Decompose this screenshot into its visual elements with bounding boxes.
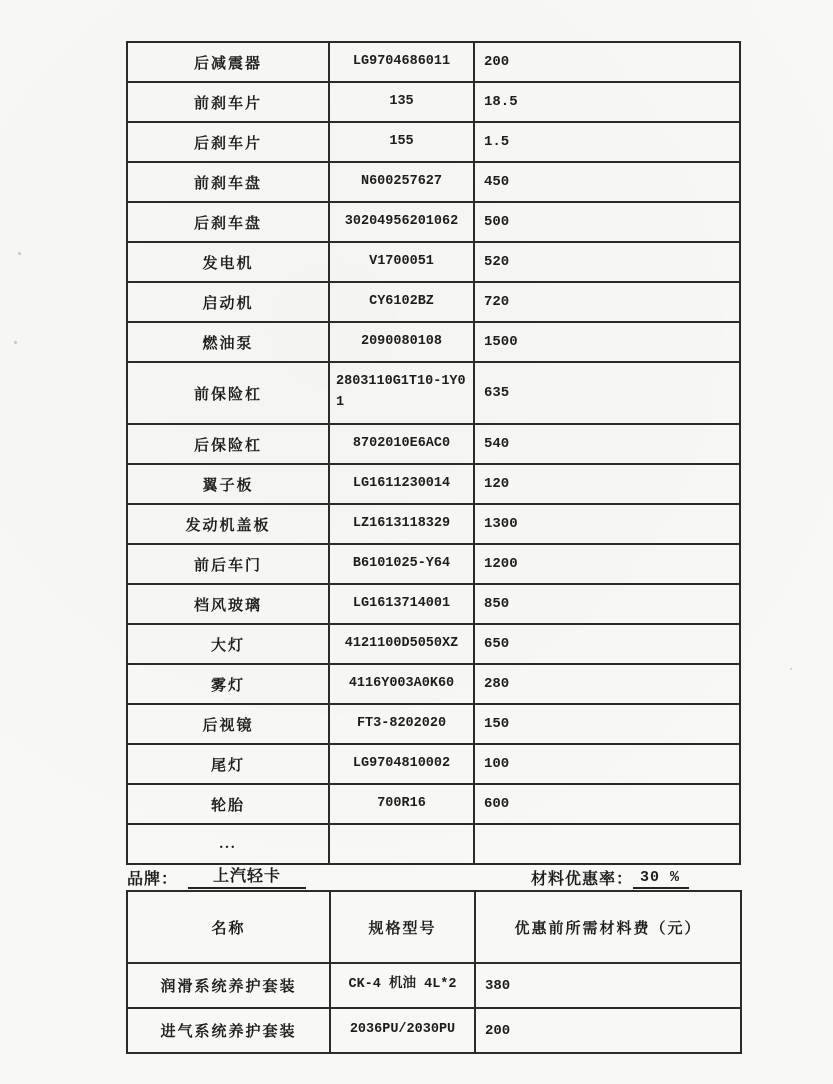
part-name-cell: 尾灯 bbox=[127, 744, 329, 784]
discount-label: 材料优惠率： bbox=[531, 866, 633, 889]
scanned-document-page: 后减震器 LG9704686011 200 前刹车片 135 18.5 后刹车片… bbox=[0, 0, 833, 1084]
part-name-cell: 雾灯 bbox=[127, 664, 329, 704]
table-row-ellipsis: ... bbox=[127, 824, 740, 864]
part-model-cell: B6101025-Y64 bbox=[329, 544, 474, 584]
scan-speck bbox=[18, 252, 21, 255]
part-model-cell: 4116Y003A0K60 bbox=[329, 664, 474, 704]
discount-group: 材料优惠率： 30 % bbox=[531, 866, 689, 889]
part-price-cell: 100 bbox=[474, 744, 740, 784]
part-price-cell: 720 bbox=[474, 282, 740, 322]
table-row: 启动机 CY6102BZ 720 bbox=[127, 282, 740, 322]
part-name-cell: 大灯 bbox=[127, 624, 329, 664]
brand-label: 品牌： bbox=[127, 866, 178, 889]
kit-model-cell: 2036PU/2030PU bbox=[330, 1008, 475, 1053]
scan-speck bbox=[790, 668, 792, 670]
part-price-cell: 150 bbox=[474, 704, 740, 744]
part-model-cell: LZ1613118329 bbox=[329, 504, 474, 544]
part-name-cell: ... bbox=[127, 824, 329, 864]
part-price-cell: 200 bbox=[474, 42, 740, 82]
part-price-cell: 450 bbox=[474, 162, 740, 202]
table-row: 润滑系统养护套装 CK-4 机油 4L*2 380 bbox=[127, 963, 741, 1008]
part-price-cell: 1200 bbox=[474, 544, 740, 584]
part-price-cell: 650 bbox=[474, 624, 740, 664]
part-name-cell: 翼子板 bbox=[127, 464, 329, 504]
part-name-cell: 前保险杠 bbox=[127, 362, 329, 424]
part-model-cell: 135 bbox=[329, 82, 474, 122]
part-price-cell: 1300 bbox=[474, 504, 740, 544]
table-row: 翼子板 LG1611230014 120 bbox=[127, 464, 740, 504]
part-model-cell: LG9704686011 bbox=[329, 42, 474, 82]
table-row: 档风玻璃 LG1613714001 850 bbox=[127, 584, 740, 624]
part-model-cell: 155 bbox=[329, 122, 474, 162]
part-model-cell: V1700051 bbox=[329, 242, 474, 282]
part-model-cell: FT3-8202020 bbox=[329, 704, 474, 744]
part-price-cell: 1.5 bbox=[474, 122, 740, 162]
header-model: 规格型号 bbox=[330, 891, 475, 963]
table-row: 尾灯 LG9704810002 100 bbox=[127, 744, 740, 784]
table-row: 后减震器 LG9704686011 200 bbox=[127, 42, 740, 82]
brand-value: 上汽轻卡 bbox=[188, 863, 306, 889]
table-header-row: 名称 规格型号 优惠前所需材料费（元） bbox=[127, 891, 741, 963]
part-price-cell: 600 bbox=[474, 784, 740, 824]
part-price-cell: 280 bbox=[474, 664, 740, 704]
discount-value: 30 % bbox=[633, 869, 689, 889]
part-model-cell: N600257627 bbox=[329, 162, 474, 202]
part-name-cell: 发动机盖板 bbox=[127, 504, 329, 544]
part-price-cell: 18.5 bbox=[474, 82, 740, 122]
table-row: 雾灯 4116Y003A0K60 280 bbox=[127, 664, 740, 704]
table-row: 后视镜 FT3-8202020 150 bbox=[127, 704, 740, 744]
part-price-cell bbox=[474, 824, 740, 864]
header-price: 优惠前所需材料费（元） bbox=[475, 891, 741, 963]
scan-speck bbox=[14, 341, 17, 344]
part-model-cell: 30204956201062 bbox=[329, 202, 474, 242]
brand-discount-line: 品牌： 上汽轻卡 材料优惠率： 30 % bbox=[127, 863, 689, 889]
kit-model-cell: CK-4 机油 4L*2 bbox=[330, 963, 475, 1008]
part-model-cell: LG1611230014 bbox=[329, 464, 474, 504]
header-name: 名称 bbox=[127, 891, 330, 963]
part-name-cell: 档风玻璃 bbox=[127, 584, 329, 624]
table-row: 前刹车盘 N600257627 450 bbox=[127, 162, 740, 202]
part-name-cell: 轮胎 bbox=[127, 784, 329, 824]
part-price-cell: 540 bbox=[474, 424, 740, 464]
part-price-cell: 850 bbox=[474, 584, 740, 624]
table-row: 发电机 V1700051 520 bbox=[127, 242, 740, 282]
table-row: 前保险杠 2803110G1T10-1Y01 635 bbox=[127, 362, 740, 424]
kit-name-cell: 润滑系统养护套装 bbox=[127, 963, 330, 1008]
table-row: 后刹车盘 30204956201062 500 bbox=[127, 202, 740, 242]
part-model-cell: CY6102BZ bbox=[329, 282, 474, 322]
part-model-cell: 4121100D5050XZ bbox=[329, 624, 474, 664]
part-model-cell: 2803110G1T10-1Y01 bbox=[329, 362, 474, 424]
part-name-cell: 前刹车盘 bbox=[127, 162, 329, 202]
table-row: 大灯 4121100D5050XZ 650 bbox=[127, 624, 740, 664]
part-model-cell bbox=[329, 824, 474, 864]
table-row: 燃油泵 2090080108 1500 bbox=[127, 322, 740, 362]
part-model-cell: LG9704810002 bbox=[329, 744, 474, 784]
part-name-cell: 后刹车盘 bbox=[127, 202, 329, 242]
table-row: 进气系统养护套装 2036PU/2030PU 200 bbox=[127, 1008, 741, 1053]
part-model-cell: 2090080108 bbox=[329, 322, 474, 362]
part-name-cell: 后保险杠 bbox=[127, 424, 329, 464]
part-name-cell: 后刹车片 bbox=[127, 122, 329, 162]
table-row: 前刹车片 135 18.5 bbox=[127, 82, 740, 122]
part-name-cell: 燃油泵 bbox=[127, 322, 329, 362]
table-row: 后刹车片 155 1.5 bbox=[127, 122, 740, 162]
kit-name-cell: 进气系统养护套装 bbox=[127, 1008, 330, 1053]
parts-price-table: 后减震器 LG9704686011 200 前刹车片 135 18.5 后刹车片… bbox=[126, 41, 741, 865]
part-name-cell: 前刹车片 bbox=[127, 82, 329, 122]
part-price-cell: 1500 bbox=[474, 322, 740, 362]
table-row: 后保险杠 8702010E6AC0 540 bbox=[127, 424, 740, 464]
part-name-cell: 后视镜 bbox=[127, 704, 329, 744]
part-price-cell: 500 bbox=[474, 202, 740, 242]
kit-price-cell: 200 bbox=[475, 1008, 741, 1053]
table-row: 轮胎 700R16 600 bbox=[127, 784, 740, 824]
part-model-cell: LG1613714001 bbox=[329, 584, 474, 624]
part-model-cell: 700R16 bbox=[329, 784, 474, 824]
part-price-cell: 520 bbox=[474, 242, 740, 282]
part-price-cell: 635 bbox=[474, 362, 740, 424]
part-name-cell: 发电机 bbox=[127, 242, 329, 282]
part-name-cell: 启动机 bbox=[127, 282, 329, 322]
part-price-cell: 120 bbox=[474, 464, 740, 504]
part-name-cell: 后减震器 bbox=[127, 42, 329, 82]
table-row: 发动机盖板 LZ1613118329 1300 bbox=[127, 504, 740, 544]
part-model-cell: 8702010E6AC0 bbox=[329, 424, 474, 464]
part-name-cell: 前后车门 bbox=[127, 544, 329, 584]
table-row: 前后车门 B6101025-Y64 1200 bbox=[127, 544, 740, 584]
maintenance-kits-table: 名称 规格型号 优惠前所需材料费（元） 润滑系统养护套装 CK-4 机油 4L*… bbox=[126, 890, 742, 1054]
kit-price-cell: 380 bbox=[475, 963, 741, 1008]
